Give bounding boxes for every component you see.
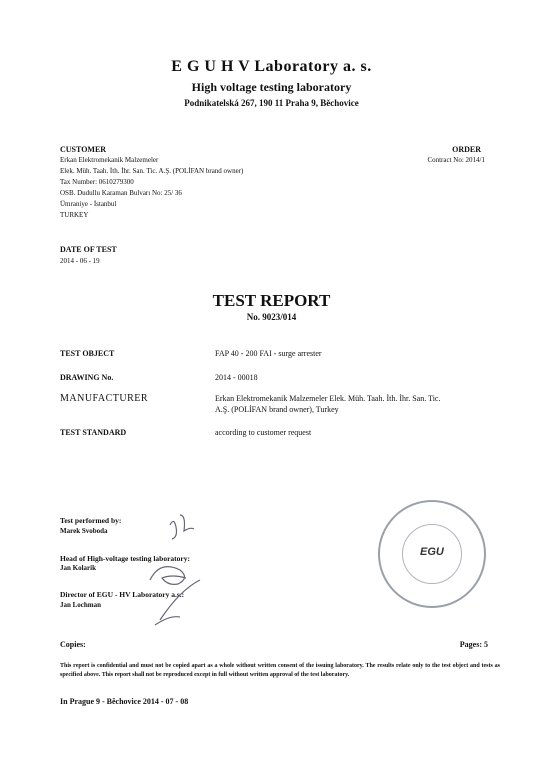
pages-label: Pages: 5	[460, 640, 488, 649]
customer-label: CUSTOMER	[60, 145, 106, 154]
lab-address: Podnikatelská 267, 190 11 Praha 9, Běcho…	[0, 98, 543, 108]
test-standard-label: TEST STANDARD	[60, 428, 126, 437]
signature-name-3: Jan Lochman	[60, 601, 101, 609]
signature-name-2: Jan Kolarik	[60, 564, 96, 572]
customer-address-5: TURKEY	[60, 210, 243, 221]
place-and-date: In Prague 9 - Běchovice 2014 - 07 - 08	[60, 697, 188, 706]
order-label: ORDER	[452, 145, 481, 154]
drawing-no-value: 2014 - 00018	[215, 372, 258, 383]
test-standard-value: according to customer request	[215, 427, 311, 438]
footer-note: This report is confidential and must not…	[60, 662, 500, 680]
customer-block: Erkan Elektromekanik Malzemeler Elek. Mü…	[60, 155, 243, 221]
test-object-label: TEST OBJECT	[60, 349, 114, 358]
lab-subtitle: High voltage testing laboratory	[0, 80, 543, 95]
report-number: No. 9023/014	[0, 312, 543, 322]
laboratory-stamp: EGU	[378, 500, 486, 608]
manufacturer-value: Erkan Elektromekanik Malzemeler Elek. Mü…	[215, 393, 455, 415]
customer-address-1: Elek. Müh. Taah. İth. İhr. San. Tic. A.Ş…	[60, 166, 243, 177]
customer-address-4: Ümraniye - İstanbul	[60, 199, 243, 210]
manufacturer-label: MANUFACTURER	[60, 393, 148, 404]
lab-name: E G U H V Laboratory a. s.	[0, 58, 543, 76]
signature-scribbles	[100, 505, 260, 645]
drawing-no-label: DRAWING No.	[60, 373, 113, 382]
stamp-logo: EGU	[420, 546, 444, 558]
report-title: TEST REPORT	[0, 291, 543, 311]
test-object-value: FAP 40 - 200 FAI - surge arrester	[215, 348, 322, 359]
copies-label: Copies:	[60, 640, 86, 649]
date-of-test-label: DATE OF TEST	[60, 245, 117, 254]
customer-name: Erkan Elektromekanik Malzemeler	[60, 155, 243, 166]
date-of-test-value: 2014 - 06 - 19	[60, 256, 100, 267]
customer-address-2: Tax Number: 0610279300	[60, 177, 243, 188]
order-value: Contract No: 2014/1	[427, 155, 485, 166]
customer-address-3: OSB. Dudullu Karaman Bulvarı No: 25/ 36	[60, 188, 243, 199]
